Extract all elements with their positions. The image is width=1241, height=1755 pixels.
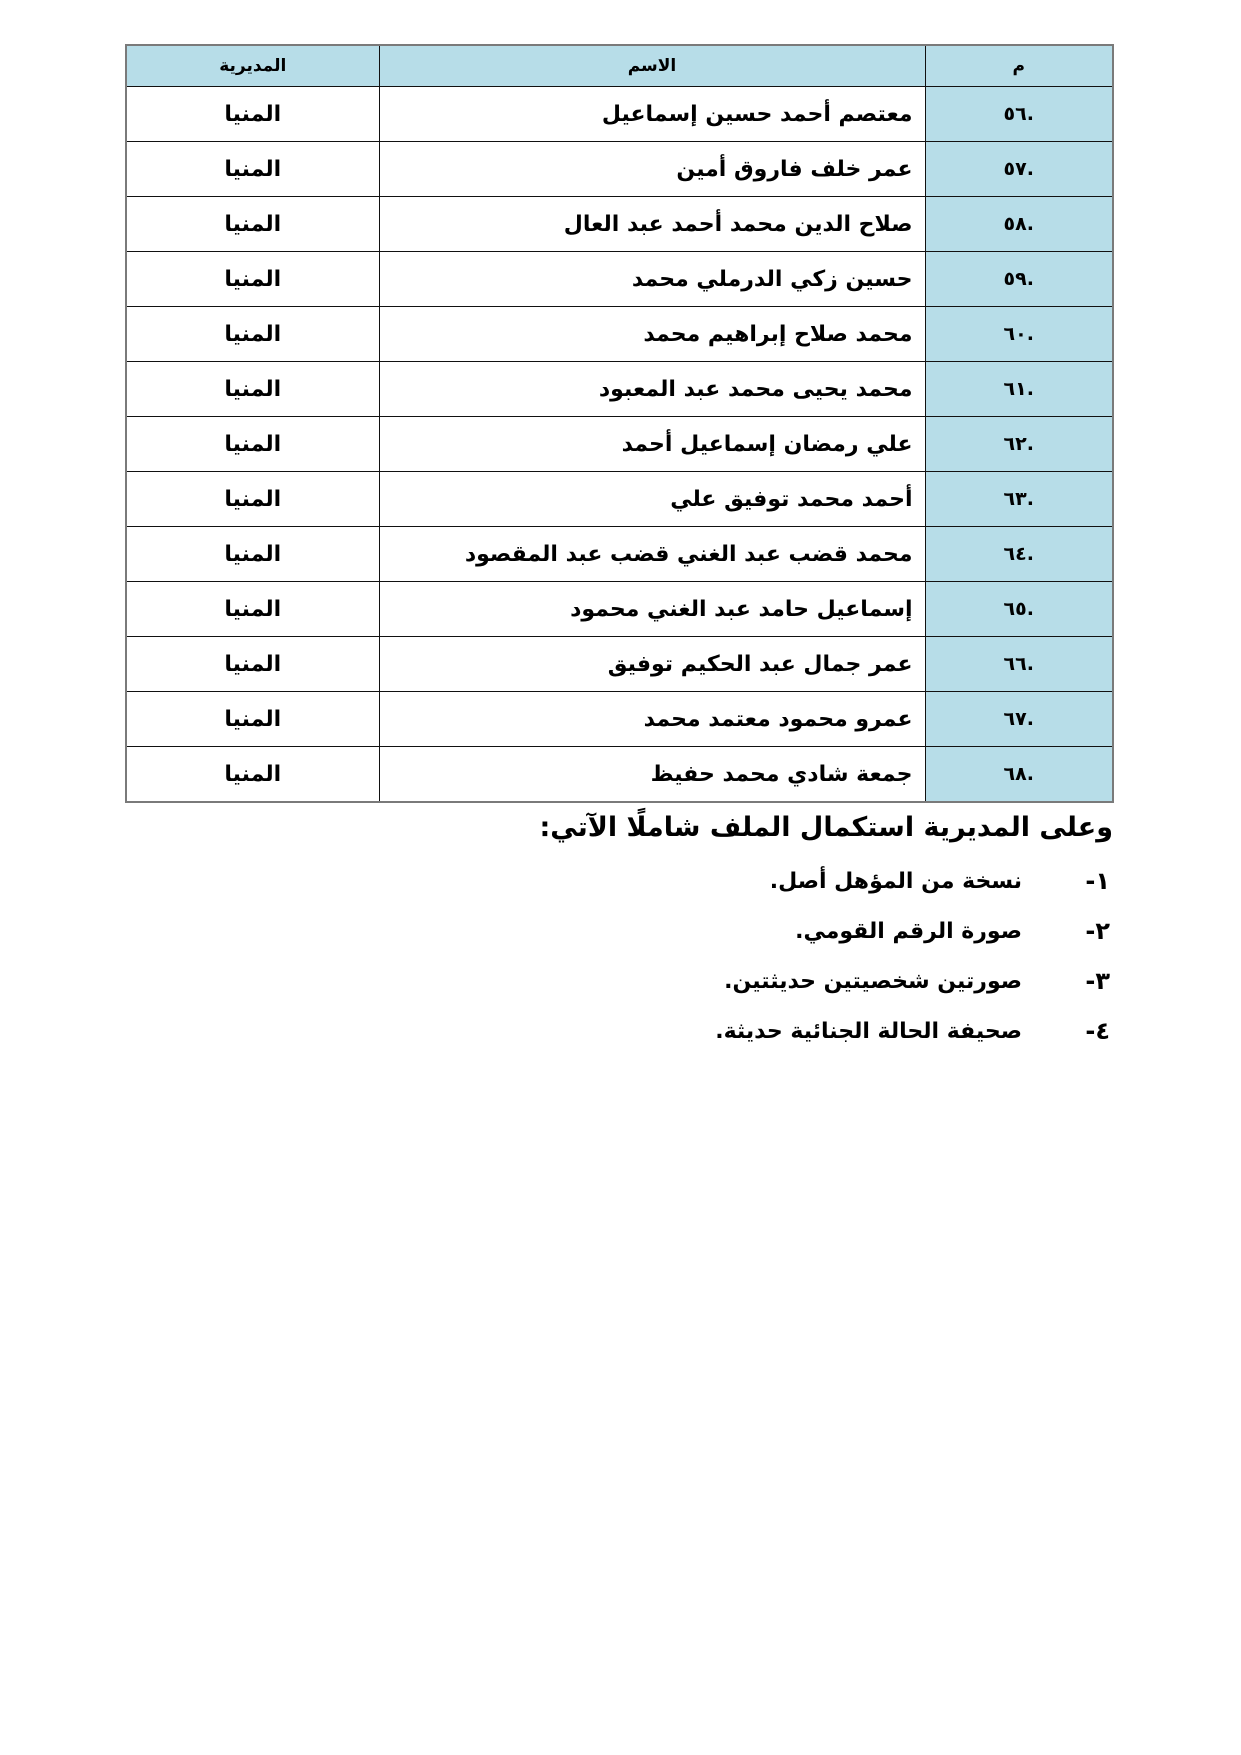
- row-name: جمعة شادي محمد حفيظ: [379, 747, 925, 803]
- row-name: صلاح الدين محمد أحمد عبد العال: [379, 197, 925, 252]
- row-number: .٦٥: [925, 582, 1113, 637]
- requirement-item: ٣- صورتين شخصيتين حديثتين.: [540, 956, 1114, 1006]
- requirement-number: ٢-: [1022, 917, 1113, 945]
- row-name: محمد يحيى محمد عبد المعبود: [379, 362, 925, 417]
- row-name: أحمد محمد توفيق علي: [379, 472, 925, 527]
- requirement-item: ٤- صحيفة الحالة الجنائية حديثة.: [540, 1006, 1114, 1056]
- row-number: .٦٣: [925, 472, 1113, 527]
- row-directorate: المنيا: [126, 472, 379, 527]
- table-row: .٦٨ جمعة شادي محمد حفيظ المنيا: [126, 747, 1113, 803]
- row-number: .٥٨: [925, 197, 1113, 252]
- table-row: .٦٤ محمد قضب عبد الغني قضب عبد المقصود ا…: [126, 527, 1113, 582]
- requirement-item: ١- نسخة من المؤهل أصل.: [540, 856, 1114, 906]
- document-page: م الاسم المديرية .٥٦ معتصم أحمد حسين إسم…: [0, 0, 1241, 1755]
- requirements-list: ١- نسخة من المؤهل أصل. ٢- صورة الرقم الق…: [540, 856, 1114, 1056]
- row-number: .٦٠: [925, 307, 1113, 362]
- row-number: .٥٧: [925, 142, 1113, 197]
- row-directorate: المنيا: [126, 692, 379, 747]
- requirement-item: ٢- صورة الرقم القومي.: [540, 906, 1114, 956]
- table-row: .٦٢ علي رمضان إسماعيل أحمد المنيا: [126, 417, 1113, 472]
- table-row: .٦٣ أحمد محمد توفيق علي المنيا: [126, 472, 1113, 527]
- table-row: .٦١ محمد يحيى محمد عبد المعبود المنيا: [126, 362, 1113, 417]
- row-directorate: المنيا: [126, 417, 379, 472]
- table-row: .٦٦ عمر جمال عبد الحكيم توفيق المنيا: [126, 637, 1113, 692]
- row-directorate: المنيا: [126, 527, 379, 582]
- row-name: حسين زكي الدرملي محمد: [379, 252, 925, 307]
- row-directorate: المنيا: [126, 197, 379, 252]
- requirement-text: نسخة من المؤهل أصل.: [770, 869, 1022, 894]
- header-number: م: [925, 45, 1113, 87]
- row-directorate: المنيا: [126, 252, 379, 307]
- names-table: م الاسم المديرية .٥٦ معتصم أحمد حسين إسم…: [125, 44, 1114, 803]
- row-directorate: المنيا: [126, 637, 379, 692]
- table-row: .٥٩ حسين زكي الدرملي محمد المنيا: [126, 252, 1113, 307]
- row-name: عمرو محمود معتمد محمد: [379, 692, 925, 747]
- row-number: .٦٢: [925, 417, 1113, 472]
- header-directorate: المديرية: [126, 45, 379, 87]
- row-directorate: المنيا: [126, 362, 379, 417]
- requirement-number: ٤-: [1022, 1017, 1113, 1045]
- row-directorate: المنيا: [126, 582, 379, 637]
- row-directorate: المنيا: [126, 142, 379, 197]
- table-row: .٦٠ محمد صلاح إبراهيم محمد المنيا: [126, 307, 1113, 362]
- row-name: محمد صلاح إبراهيم محمد: [379, 307, 925, 362]
- requirement-number: ٣-: [1022, 967, 1113, 995]
- row-name: معتصم أحمد حسين إسماعيل: [379, 87, 925, 142]
- table-row: .٦٧ عمرو محمود معتمد محمد المنيا: [126, 692, 1113, 747]
- requirement-text: صورتين شخصيتين حديثتين.: [724, 969, 1022, 994]
- row-name: عمر جمال عبد الحكيم توفيق: [379, 637, 925, 692]
- table-row: .٥٧ عمر خلف فاروق أمين المنيا: [126, 142, 1113, 197]
- requirements-section: وعلى المديرية استكمال الملف شاملًا الآتي…: [540, 806, 1114, 1056]
- row-name: علي رمضان إسماعيل أحمد: [379, 417, 925, 472]
- table-header-row: م الاسم المديرية: [126, 45, 1113, 87]
- row-number: .٥٩: [925, 252, 1113, 307]
- row-number: .٦٦: [925, 637, 1113, 692]
- requirements-heading: وعلى المديرية استكمال الملف شاملًا الآتي…: [540, 806, 1114, 850]
- requirement-text: صورة الرقم القومي.: [795, 919, 1022, 944]
- row-number: .٥٦: [925, 87, 1113, 142]
- requirement-number: ١-: [1022, 867, 1113, 895]
- row-name: محمد قضب عبد الغني قضب عبد المقصود: [379, 527, 925, 582]
- header-name: الاسم: [379, 45, 925, 87]
- row-number: .٦٧: [925, 692, 1113, 747]
- table-row: .٥٦ معتصم أحمد حسين إسماعيل المنيا: [126, 87, 1113, 142]
- row-number: .٦١: [925, 362, 1113, 417]
- row-number: .٦٤: [925, 527, 1113, 582]
- row-number: .٦٨: [925, 747, 1113, 803]
- table-row: .٥٨ صلاح الدين محمد أحمد عبد العال المني…: [126, 197, 1113, 252]
- row-name: عمر خلف فاروق أمين: [379, 142, 925, 197]
- row-name: إسماعيل حامد عبد الغني محمود: [379, 582, 925, 637]
- row-directorate: المنيا: [126, 747, 379, 803]
- requirement-text: صحيفة الحالة الجنائية حديثة.: [715, 1019, 1022, 1044]
- row-directorate: المنيا: [126, 307, 379, 362]
- row-directorate: المنيا: [126, 87, 379, 142]
- table-row: .٦٥ إسماعيل حامد عبد الغني محمود المنيا: [126, 582, 1113, 637]
